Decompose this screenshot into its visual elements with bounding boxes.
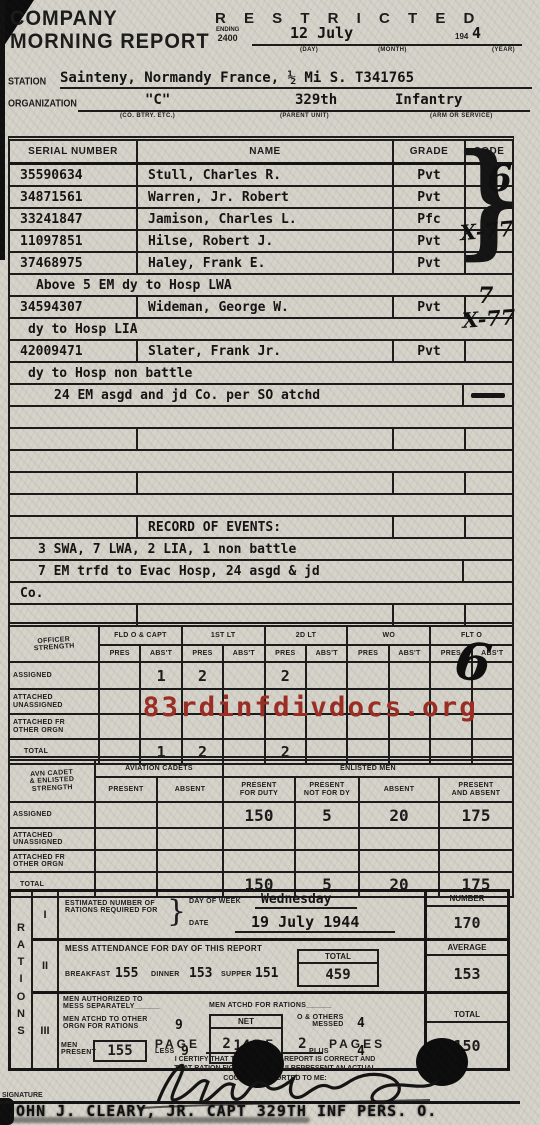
events-line-row: Co.	[10, 583, 512, 605]
roster-table: SERIAL NUMBER NAME GRADE CODE 35590634 S…	[8, 136, 514, 647]
enlisted-att-fr-cell	[156, 849, 222, 871]
empty-cell	[464, 473, 512, 493]
empty-cell	[136, 473, 392, 493]
report-year-value: 4	[472, 24, 481, 42]
handwritten-code-x77: X-77	[459, 216, 514, 246]
enlisted-att-unasg-cell	[222, 827, 294, 849]
serial-number: 33241847	[10, 212, 136, 227]
row-attached-fr-other: ATTACHED FR OTHER ORGN	[10, 849, 94, 871]
enlisted-att-unasg-cell	[438, 827, 512, 849]
day-caption: (DAY)	[300, 47, 318, 53]
report-date-value: 12 July	[290, 24, 353, 42]
roster-row-haley: 37468975 Haley, Frank E. Pvt	[10, 253, 512, 275]
serial-number: 11097851	[10, 234, 136, 249]
soldier-name: Wideman, George W.	[136, 297, 392, 317]
roster-row-warren: 34871561 Warren, Jr. Robert Pvt	[10, 187, 512, 209]
enlisted-att-fr-cell	[222, 849, 294, 871]
sub-abst: ABS'T	[222, 644, 263, 661]
group-enlisted-men: ENLISTED MEN	[222, 761, 512, 776]
group-fld-o-capt: FLD O & CAPT	[98, 627, 181, 644]
sub-pres: PRES	[346, 644, 387, 661]
org-caption-1: (CO. BTRY. ETC.)	[120, 113, 175, 119]
org-caption-2: (PARENT UNIT)	[280, 113, 329, 119]
enlisted-corner-label: AVN CADET & ENLISTED STRENGTH	[9, 759, 95, 803]
numeral-III: III	[33, 994, 59, 1068]
dash-mark	[471, 393, 505, 398]
serial-number: 34594307	[10, 300, 136, 315]
rations-total-label: TOTAL	[427, 1008, 507, 1023]
officer-assigned-cell: 2	[264, 661, 305, 688]
col-cadet-absent: ABSENT	[156, 776, 222, 801]
sub-pres: PRES	[181, 644, 222, 661]
estimated-rations-label: ESTIMATED NUMBER OF RATIONS REQUIRED FOR	[65, 900, 158, 915]
enlisted-att-unasg-cell	[94, 827, 156, 849]
grade: Pvt	[392, 341, 464, 361]
soldier-name: Stull, Charles R.	[136, 165, 392, 185]
soldier-name: Haley, Frank E.	[136, 253, 392, 273]
rations-date-value: 19 July 1944	[235, 913, 395, 933]
events-line-row: 3 SWA, 7 LWA, 2 LIA, 1 non battle	[10, 539, 512, 561]
serial-number: 37468975	[10, 256, 136, 271]
grade: Pfc	[392, 209, 464, 229]
sub-abst: ABS'T	[388, 644, 429, 661]
grade: Pvt	[392, 165, 464, 185]
grade: Pvt	[392, 297, 464, 317]
serial-number: 34871561	[10, 190, 136, 205]
enlisted-assigned-cell: 150	[222, 801, 294, 827]
report-ending-label: ENDING 2400	[216, 28, 239, 43]
form-title-line1: COMPANY	[10, 7, 210, 30]
row-assigned: ASSIGNED	[10, 801, 94, 827]
roster-row-hilse: 11097851 Hilse, Robert J. Pvt	[10, 231, 512, 253]
enlisted-att-unasg-cell	[156, 827, 222, 849]
row-attached-unassigned: ATTACHED UNASSIGNED	[10, 827, 94, 849]
enlisted-assigned-cell	[156, 801, 222, 827]
code-cell	[464, 341, 512, 361]
group-1st-lt: 1ST LT	[181, 627, 264, 644]
atchd-other-value: 9	[175, 1018, 183, 1033]
enlisted-assigned-cell	[94, 801, 156, 827]
roster-empty-row	[10, 473, 512, 495]
enlisted-att-unasg-cell	[294, 827, 358, 849]
row-attached-unassigned: ATTACHED UNASSIGNED	[10, 688, 98, 713]
group-2d-lt: 2D LT	[264, 627, 347, 644]
group-wo: WO	[346, 627, 429, 644]
net-label: NET	[211, 1016, 281, 1029]
col-present-and-absent: PRESENT AND ABSENT	[438, 776, 512, 801]
mess-separately-label: MEN AUTHORIZED TO MESS SEPARATELY______	[63, 996, 160, 1011]
day-of-week-value: Wednesday	[255, 892, 357, 909]
breakfast-label: BREAKFAST	[65, 971, 110, 978]
numeral-I: I	[33, 892, 59, 938]
month-caption: (MONTH)	[378, 47, 407, 53]
officer-assigned-cell	[98, 661, 139, 688]
number-label: NUMBER	[427, 892, 507, 907]
serial-number: 35590634	[10, 168, 136, 183]
enlisted-att-fr-cell	[358, 849, 438, 871]
mess-attendance-label: MESS ATTENDANCE FOR DAY OF THIS REPORT	[65, 945, 262, 953]
rations-brace: }	[167, 894, 186, 929]
empty-cell	[392, 473, 464, 493]
roster-row-slater: 42009471 Slater, Frank Jr. Pvt	[10, 341, 512, 363]
signature-handwriting	[130, 1052, 440, 1110]
row-attached-fr-other: ATTACHED FR OTHER ORGN	[10, 713, 98, 738]
form-title-line2: MORNING REPORT	[10, 30, 210, 53]
organization-arm: Infantry	[395, 92, 462, 108]
roster-row-stull: 35590634 Stull, Charles R. Pvt	[10, 165, 512, 187]
roster-empty-row	[10, 407, 512, 429]
morning-report-document: COMPANY MORNING REPORT R E S T R I C T E…	[0, 0, 540, 1125]
events-line2: 7 EM trfd to Evac Hosp, 24 asgd & jd	[10, 564, 462, 579]
remark-lia: dy to Hosp LIA	[10, 322, 512, 337]
mess-total-box: TOTAL 459	[297, 949, 379, 987]
soldier-name: Slater, Frank Jr.	[136, 341, 392, 361]
roster-header-row: SERIAL NUMBER NAME GRADE CODE	[10, 141, 512, 165]
events-title-row: RECORD OF EVENTS:	[10, 517, 512, 539]
dinner-value: 153	[189, 966, 212, 981]
events-line-row: 7 EM trfd to Evac Hosp, 24 asgd & jd	[10, 561, 512, 583]
col-present-for-duty: PRESENT FOR DUTY	[222, 776, 294, 801]
enlisted-assigned-cell: 5	[294, 801, 358, 827]
roster-row-wideman: 34594307 Wideman, George W. Pvt	[10, 297, 512, 319]
enlisted-strength-table: AVN CADET & ENLISTED STRENGTH AVIATION C…	[8, 756, 514, 898]
officer-assigned-cell: 2	[181, 661, 222, 688]
officer-assigned-cell	[388, 661, 429, 688]
soldier-name: Warren, Jr. Robert	[136, 187, 392, 207]
roster-note-row: Above 5 EM dy to Hosp LWA	[10, 275, 512, 297]
average-label: AVERAGE	[427, 941, 507, 956]
roster-note-row: dy to Hosp non battle	[10, 363, 512, 385]
dinner-label: DINNER	[151, 971, 180, 978]
sub-pres: PRES	[264, 644, 305, 661]
organization-company: "C"	[145, 92, 170, 108]
officer-assigned-cell	[305, 661, 346, 688]
roster-row-jamison: 33241847 Jamison, Charles L. Pfc	[10, 209, 512, 231]
average-box: AVERAGE 153	[424, 941, 507, 991]
empty-cell	[464, 517, 512, 537]
form-title: COMPANY MORNING REPORT	[10, 7, 210, 53]
remark-asgd: 24 EM asgd and jd Co. per SO atchd	[10, 388, 462, 403]
sub-abst: ABS'T	[305, 644, 346, 661]
enlisted-att-fr-cell	[94, 849, 156, 871]
group-aviation-cadets: AVIATION CADETS	[94, 761, 222, 776]
code-dash-cell	[462, 385, 512, 405]
pages-label: PAGES	[329, 1037, 385, 1051]
number-box: NUMBER 170	[424, 892, 507, 938]
others-messed-value: 4	[357, 1016, 365, 1031]
numeral-II: II	[33, 941, 59, 991]
station-value: Sainteny, Normandy France, ½ Mi S. T3417…	[60, 70, 532, 89]
officer-att-fr-cell	[98, 713, 139, 738]
empty-cell	[392, 429, 464, 449]
col-serial-number: SERIAL NUMBER	[10, 146, 136, 157]
organization-label: ORGANIZATION	[8, 98, 77, 109]
men-atchd-rations-label: MEN ATCHD FOR RATIONS______	[209, 1002, 331, 1009]
mess-total-label: TOTAL	[299, 951, 377, 964]
roster-note-row: dy to Hosp LIA	[10, 319, 512, 341]
rations-row2-main: MESS ATTENDANCE FOR DAY OF THIS REPORT B…	[59, 941, 424, 991]
mess-total-value: 459	[299, 964, 377, 985]
supper-label: SUPPER	[221, 971, 252, 978]
handwritten-code-x77-2: X-77	[461, 304, 516, 333]
breakfast-value: 155	[115, 966, 138, 981]
roster-empty-row	[10, 429, 512, 451]
enlisted-assigned-cell: 175	[438, 801, 512, 827]
year-caption: (YEAR)	[492, 47, 515, 53]
serial-number: 42009471	[10, 344, 136, 359]
row-assigned: ASSIGNED	[10, 661, 98, 688]
number-value: 170	[427, 907, 507, 938]
soldier-name: Jamison, Charles L.	[136, 209, 392, 229]
rations-row-1: I ESTIMATED NUMBER OF RATIONS REQUIRED F…	[33, 892, 507, 941]
roster-note-row: 24 EM asgd and jd Co. per SO atchd	[10, 385, 512, 407]
average-value: 153	[427, 956, 507, 991]
station-label: STATION	[8, 76, 46, 87]
rations-row-2: II MESS ATTENDANCE FOR DAY OF THIS REPOR…	[33, 941, 507, 994]
sub-abst: ABS'T	[139, 644, 180, 661]
officer-assigned-cell	[222, 661, 263, 688]
year-preprinted: 194	[455, 32, 468, 41]
col-name: NAME	[136, 141, 392, 162]
events-line3: Co.	[10, 586, 512, 601]
scan-smudge	[10, 1117, 310, 1123]
grade: Pvt	[392, 187, 464, 207]
atchd-other-orgn-label: MEN ATCHD TO OTHER ORGN FOR RATIONS	[63, 1016, 148, 1031]
supper-value: 151	[255, 966, 278, 981]
enlisted-att-unasg-cell	[358, 827, 438, 849]
others-messed-label: O & OTHERS MESSED	[297, 1014, 344, 1029]
signature-label: SIGNATURE	[2, 1092, 43, 1099]
empty-cell	[464, 429, 512, 449]
soldier-name: Hilse, Robert J.	[136, 231, 392, 251]
empty-cell	[462, 561, 512, 581]
officer-att-unasg-cell	[98, 688, 139, 713]
col-present-not-for-dy: PRESENT NOT FOR DY	[294, 776, 358, 801]
watermark-83rdinfdivdocs: 83rdinfdivdocs.org	[143, 692, 478, 723]
events-line1: 3 SWA, 7 LWA, 2 LIA, 1 non battle	[10, 542, 512, 557]
officer-assigned-cell: 1	[139, 661, 180, 688]
remark-nonbattle: dy to Hosp non battle	[10, 366, 512, 381]
day-of-week-label: DAY OF WEEK	[189, 898, 241, 905]
roster-empty-row	[10, 495, 512, 517]
col-cadet-present: PRESENT	[94, 776, 156, 801]
enlisted-att-fr-cell	[294, 849, 358, 871]
page-label: PAGE	[155, 1037, 200, 1051]
enlisted-assigned-cell: 20	[358, 801, 438, 827]
officer-corner-label: OFFICER STRENGTH	[9, 624, 99, 664]
empty-cell	[136, 429, 392, 449]
sub-pres: PRES	[98, 644, 139, 661]
handwritten-code-6: 6	[487, 158, 512, 200]
rations-row1-main: ESTIMATED NUMBER OF RATIONS REQUIRED FOR…	[59, 892, 424, 938]
date-label: DATE	[189, 920, 209, 927]
org-caption-3: (ARM OR SERVICE)	[430, 113, 493, 119]
grade: Pvt	[392, 231, 464, 251]
scan-edge-artifact	[0, 0, 5, 260]
grade: Pvt	[392, 253, 464, 273]
events-title: RECORD OF EVENTS:	[136, 517, 392, 537]
remark-above5: Above 5 EM dy to Hosp LWA	[10, 278, 512, 293]
roster-empty-row	[10, 451, 512, 473]
organization-parent-unit: 329th	[295, 92, 337, 108]
col-absent: ABSENT	[358, 776, 438, 801]
empty-cell	[392, 517, 464, 537]
enlisted-att-fr-cell	[438, 849, 512, 871]
officer-assigned-cell	[346, 661, 387, 688]
col-grade: GRADE	[392, 141, 464, 162]
